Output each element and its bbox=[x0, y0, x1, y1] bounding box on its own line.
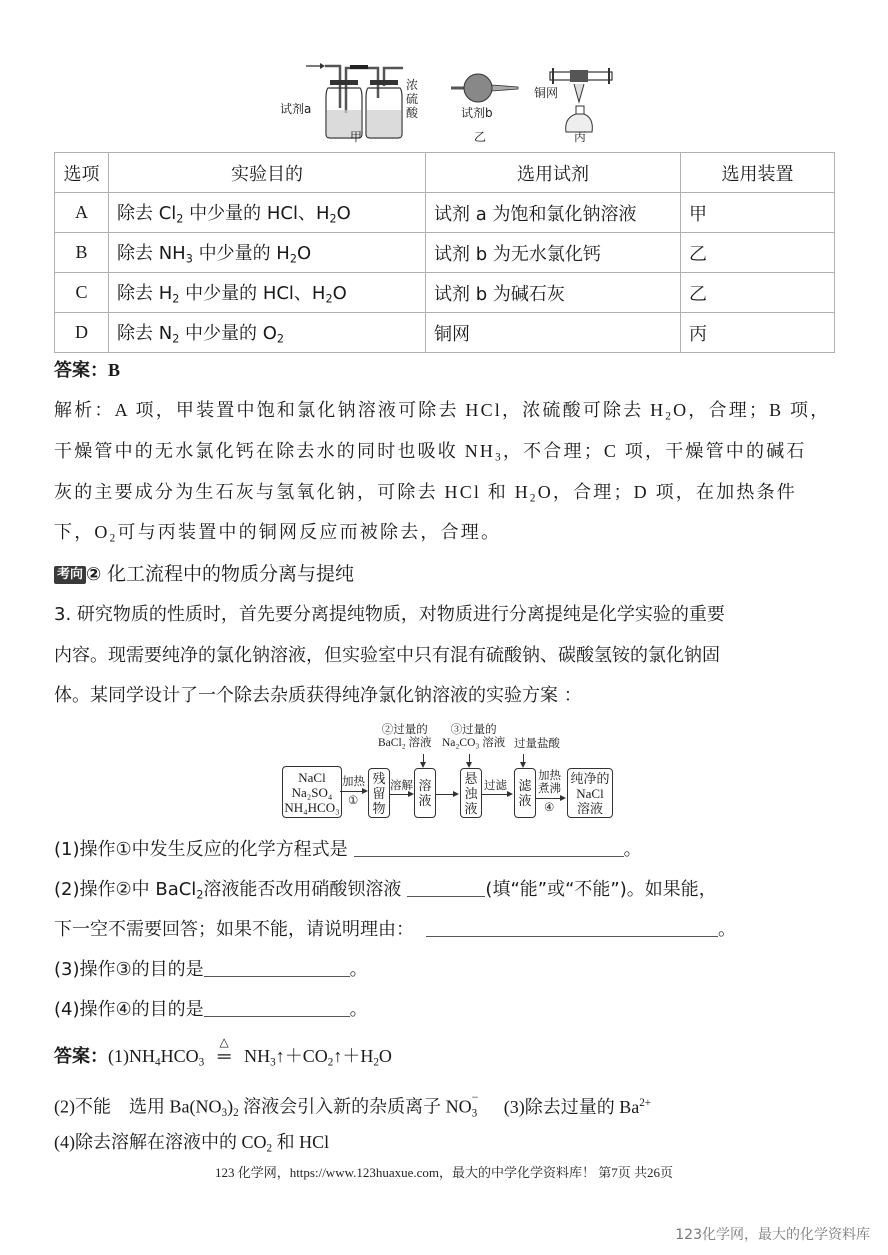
analysis-line-1: 解析：A 项，甲装置中饱和氯化钠溶液可除去 HCl，浓硫酸可除去 H2O，合理；… bbox=[54, 398, 830, 428]
purpose-cell: 除去 N2 中少量的 O2 bbox=[109, 313, 426, 353]
header-purpose: 实验目的 bbox=[109, 153, 426, 193]
device-cell: 甲 bbox=[681, 193, 835, 233]
flow-filtrate-box: 滤液 bbox=[514, 768, 536, 818]
purpose-cell: 除去 H2 中少量的 HCl、H2O bbox=[109, 273, 426, 313]
answer-blank-5[interactable] bbox=[204, 998, 350, 1017]
answer-2-line-3: (4)除去溶解在溶液中的 CO2 和 HCl bbox=[54, 1130, 329, 1160]
analysis-line-3: 灰的主要成分为生石灰与氢氧化钠，可除去 HCl 和 H2O，合理；D 项，在加热… bbox=[54, 480, 797, 510]
flow-residue-box: 残留物 bbox=[368, 768, 390, 818]
answer-2-line-2: (2)不能 选用 Ba(NO3)2 溶液会引入新的杂质离子 NO3− (3)除去… bbox=[54, 1091, 651, 1125]
flow-solution-box: 溶液 bbox=[414, 768, 436, 818]
header-reagent: 选用试剂 bbox=[426, 153, 681, 193]
heat-condition-equals: △═ bbox=[204, 1044, 244, 1068]
device-cell: 丙 bbox=[681, 313, 835, 353]
answer-1: 答案：B bbox=[54, 358, 120, 383]
section-badge: 考向 bbox=[54, 566, 86, 584]
copper-mesh-label: 铜网 bbox=[534, 84, 558, 101]
analysis-line-4: 下，O2可与丙装置中的铜网反应而被除去，合理。 bbox=[54, 520, 501, 550]
apparatus-bing-label: 丙 bbox=[574, 128, 586, 145]
question-line-1: 3. 研究物质的性质时，首先要分离提纯物质，对物质进行分离提纯是化学实验的重要 bbox=[54, 603, 725, 627]
question-line-3: 体。某同学设计了一个除去杂质获得纯净氯化钠溶液的实验方案 ： bbox=[54, 684, 582, 708]
header-option: 选项 bbox=[55, 153, 109, 193]
flow-arrow-icon bbox=[389, 794, 412, 795]
table-row: A 除去 Cl2 中少量的 HCl、H2O 试剂 a 为饱和氯化钠溶液 甲 bbox=[55, 193, 835, 233]
header-device: 选用装置 bbox=[681, 153, 835, 193]
flow-down-arrow-icon bbox=[523, 754, 524, 766]
apparatus-figure: 试剂a 浓硫酸 甲 试剂b 乙 铜网 丙 bbox=[278, 58, 618, 146]
table-row: C 除去 H2 中少量的 HCl、H2O 试剂 b 为碱石灰 乙 bbox=[55, 273, 835, 313]
flow-filter-label: 过滤 bbox=[484, 780, 507, 793]
answer-label: 答案： bbox=[54, 360, 108, 381]
table-row: B 除去 NH3 中少量的 H2O 试剂 b 为无水氯化钙 乙 bbox=[55, 233, 835, 273]
option-cell: C bbox=[55, 273, 109, 313]
answer-value: B bbox=[108, 360, 120, 380]
flow-arrow-icon bbox=[340, 791, 366, 792]
process-flow-diagram: NaClNa₂SO₄NH₄HCO₃ 加热 ① 残留物 溶解 ②过量的BaCl₂ … bbox=[278, 724, 614, 824]
reagent-cell: 铜网 bbox=[426, 313, 681, 353]
flow-suspension-box: 悬浊液 bbox=[460, 768, 482, 818]
answer-blank-4[interactable] bbox=[204, 958, 350, 977]
table-header-row: 选项 实验目的 选用试剂 选用装置 bbox=[55, 153, 835, 193]
answer-blank-1[interactable] bbox=[354, 838, 624, 857]
apparatus-drawing-icon bbox=[278, 58, 618, 146]
flow-end-box: 纯净的NaCl溶液 bbox=[567, 768, 613, 818]
option-cell: A bbox=[55, 193, 109, 233]
subquestion-1: (1)操作①中发生反应的化学方程式是。 bbox=[54, 838, 642, 862]
reagent-b-label: 试剂b bbox=[461, 104, 493, 121]
flow-bacl2-label: ②过量的BaCl₂ 溶液 bbox=[378, 724, 432, 750]
answer-blank-2[interactable] bbox=[407, 878, 485, 897]
page-footer: 123 化学网，https://www.123huaxue.com，最大的中学化… bbox=[0, 1162, 888, 1181]
flow-start-box: NaClNa₂SO₄NH₄HCO₃ bbox=[282, 766, 342, 818]
flow-down-arrow-icon bbox=[469, 754, 470, 766]
reagent-cell: 试剂 b 为无水氯化钙 bbox=[426, 233, 681, 273]
flow-na2co3-label: ③过量的Na₂CO₃ 溶液 bbox=[442, 724, 505, 750]
option-cell: B bbox=[55, 233, 109, 273]
answer-blank-3[interactable] bbox=[426, 918, 718, 937]
option-cell: D bbox=[55, 313, 109, 353]
reagent-a-label: 试剂a bbox=[280, 100, 311, 117]
device-cell: 乙 bbox=[681, 233, 835, 273]
flow-boil-label: 加热煮沸 bbox=[538, 770, 561, 796]
section-title: 化工流程中的物质分离与提纯 bbox=[107, 563, 354, 585]
apparatus-yi-label: 乙 bbox=[474, 128, 486, 145]
subquestion-2-cont: 下一空不需要回答；如果不能，请说明理由：。 bbox=[54, 918, 736, 942]
options-table: 选项 实验目的 选用试剂 选用装置 A 除去 Cl2 中少量的 HCl、H2O … bbox=[54, 152, 835, 353]
flow-step4-label: ④ bbox=[544, 802, 554, 815]
flow-down-arrow-icon bbox=[423, 754, 424, 766]
subquestion-4: (4)操作④的目的是。 bbox=[54, 998, 368, 1022]
flow-arrow-icon bbox=[535, 798, 564, 799]
purpose-cell: 除去 Cl2 中少量的 HCl、H2O bbox=[109, 193, 426, 233]
analysis-line-2: 干燥管中的无水氯化钙在除去水的同时也吸收 NH3，不合理；C 项，干燥管中的碱石 bbox=[54, 439, 807, 469]
watermark: 123化学网，最大的化学资料库 bbox=[675, 1224, 870, 1244]
reagent-cell: 试剂 a 为饱和氯化钠溶液 bbox=[426, 193, 681, 233]
apparatus-jia-label: 甲 bbox=[350, 128, 362, 145]
device-cell: 乙 bbox=[681, 273, 835, 313]
section-heading: 考向② 化工流程中的物质分离与提纯 bbox=[54, 562, 354, 587]
conc-sulfuric-acid-label: 浓硫酸 bbox=[406, 78, 420, 120]
section-number: ② bbox=[86, 564, 101, 585]
reagent-cell: 试剂 b 为碱石灰 bbox=[426, 273, 681, 313]
subquestion-3: (3)操作③的目的是。 bbox=[54, 958, 368, 982]
purpose-cell: 除去 NH3 中少量的 H2O bbox=[109, 233, 426, 273]
answer-2-line-1: 答案：(1)NH4HCO3△═NH3↑＋CO2↑＋H2O bbox=[54, 1044, 392, 1074]
question-line-2: 内容。现需要纯净的氯化钠溶液，但实验室中只有混有硫酸钠、碳酸氢铵的氯化钠固 bbox=[54, 644, 720, 668]
flow-step1-label: ① bbox=[348, 795, 358, 808]
flow-arrow-icon bbox=[481, 794, 511, 795]
flow-arrow-icon bbox=[435, 794, 457, 795]
flow-hcl-label: 过量盐酸 bbox=[514, 738, 560, 751]
subquestion-2: (2)操作②中 BaCl2溶液能否改用硝酸钡溶液(填“能”或“不能”)。如果能， bbox=[54, 878, 717, 907]
table-row: D 除去 N2 中少量的 O2 铜网 丙 bbox=[55, 313, 835, 353]
